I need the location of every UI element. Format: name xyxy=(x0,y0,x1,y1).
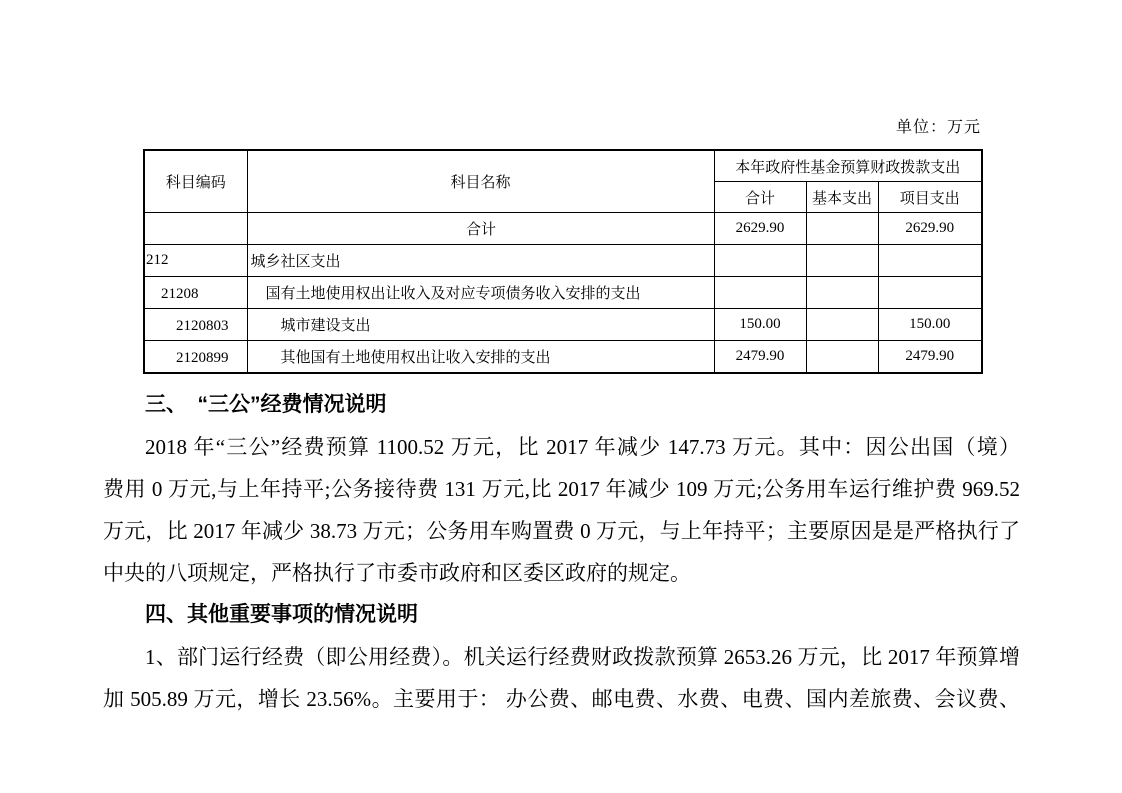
cell-project: 150.00 xyxy=(878,309,982,341)
cell-name: 城市建设支出 xyxy=(247,309,714,341)
col-header-name: 科目名称 xyxy=(247,150,714,213)
table-row-grand-total: 合计 2629.90 2629.90 xyxy=(144,213,982,245)
cell-code: 2120899 xyxy=(144,341,247,374)
cell-code xyxy=(144,213,247,245)
col-header-basic: 基本支出 xyxy=(806,182,878,213)
cell-basic xyxy=(806,309,878,341)
table-header-row-1: 科目编码 科目名称 本年政府性基金预算财政拨款支出 xyxy=(144,150,982,182)
cell-total: 2479.90 xyxy=(714,341,806,374)
document-page: 单位：万元 科目编码 科目名称 本年政府性基金预算财政拨款支出 合计 基本支出 … xyxy=(0,0,1122,793)
cell-name: 国有土地使用权出让收入及对应专项债务收入安排的支出 xyxy=(247,277,714,309)
table-row-2120899: 2120899 其他国有土地使用权出让收入安排的支出 2479.90 2479.… xyxy=(144,341,982,374)
section-3-line-2: 费用 0 万元,与上年持平;公务接待费 131 万元,比 2017 年减少 10… xyxy=(103,468,1020,510)
cell-total: 2629.90 xyxy=(714,213,806,245)
cell-total xyxy=(714,277,806,309)
col-header-total: 合计 xyxy=(714,182,806,213)
section-3-line-1: 2018 年“三公”经费预算 1100.52 万元，比 2017 年减少 147… xyxy=(103,426,1020,468)
cell-basic xyxy=(806,277,878,309)
section-3-heading: 三、 “三公”经费情况说明 xyxy=(103,384,1020,426)
section-4-heading: 四、其他重要事项的情况说明 xyxy=(103,594,1020,636)
cell-basic xyxy=(806,341,878,374)
cell-code: 21208 xyxy=(144,277,247,309)
cell-project: 2629.90 xyxy=(878,213,982,245)
cell-name: 城乡社区支出 xyxy=(247,245,714,277)
cell-code: 212 xyxy=(144,245,247,277)
unit-label: 单位：万元 xyxy=(143,117,981,139)
cell-basic xyxy=(806,213,878,245)
table-row-212: 212 城乡社区支出 xyxy=(144,245,982,277)
cell-name: 合计 xyxy=(247,213,714,245)
section-3-line-3: 万元，比 2017 年减少 38.73 万元；公务用车购置费 0 万元，与上年持… xyxy=(103,510,1020,552)
cell-total: 150.00 xyxy=(714,309,806,341)
section-4-line-1: 1、部门运行经费（即公用经费）。机关运行经费财政拨款预算 2653.26 万元，… xyxy=(103,636,1020,678)
cell-name: 其他国有土地使用权出让收入安排的支出 xyxy=(247,341,714,374)
section-4-line-2: 加 505.89 万元，增长 23.56%。主要用于： 办公费、邮电费、水费、电… xyxy=(103,678,1020,720)
cell-basic xyxy=(806,245,878,277)
document-body: 三、 “三公”经费情况说明 2018 年“三公”经费预算 1100.52 万元，… xyxy=(103,384,1020,720)
cell-total xyxy=(714,245,806,277)
col-header-project: 项目支出 xyxy=(878,182,982,213)
section-3-line-4: 中央的八项规定，严格执行了市委市政府和区委区政府的规定。 xyxy=(103,552,1020,594)
cell-project: 2479.90 xyxy=(878,341,982,374)
cell-project xyxy=(878,277,982,309)
col-header-group: 本年政府性基金预算财政拨款支出 xyxy=(714,150,982,182)
cell-project xyxy=(878,245,982,277)
table-row-21208: 21208 国有土地使用权出让收入及对应专项债务收入安排的支出 xyxy=(144,277,982,309)
budget-table: 科目编码 科目名称 本年政府性基金预算财政拨款支出 合计 基本支出 项目支出 合… xyxy=(143,149,983,374)
cell-code: 2120803 xyxy=(144,309,247,341)
col-header-code: 科目编码 xyxy=(144,150,247,213)
table-row-2120803: 2120803 城市建设支出 150.00 150.00 xyxy=(144,309,982,341)
